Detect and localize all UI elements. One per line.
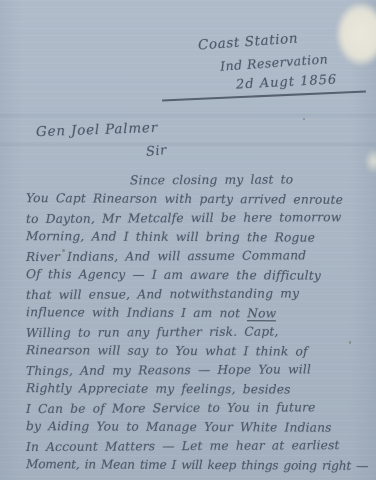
body-line: Willing to run any further risk. Capt, [26,322,370,343]
letter-body: Since closing my last to You Capt Rinear… [26,171,370,475]
paper-stain [336,2,376,66]
salutation-greeting: Sir [145,143,167,160]
ink-speck [303,118,305,120]
body-line: influence with Indians I am not Now [26,303,370,324]
body-line: Things, And my Reasons — Hope You will [26,360,370,381]
paper-crease [0,143,376,146]
heading-date: 2d Augt 1856 [236,72,338,92]
body-line: Moment, in Mean time I will keep things … [26,455,370,476]
body-line: Rightly Appreciate my feelings, besides [26,379,370,400]
heading-reservation: Ind Reservation [220,51,329,74]
underlined-word: Now [247,306,276,321]
body-line: You Capt Rinearson with party arrived en… [26,189,370,210]
body-line: River Indians, And will assume Command [26,246,370,267]
body-line: by Aiding You to Manage Your White India… [26,417,370,438]
body-line: Rinearson will say to You what I think o… [26,341,370,362]
heading-place: Coast Station [198,31,299,54]
body-line: that will ensue, And notwithstanding my [26,284,370,305]
body-line: Since closing my last to [26,170,370,191]
body-line: In Account Matters — Let me hear at earl… [26,436,370,457]
paper-crease [0,114,376,117]
body-line: I Can be of More Service to You in futur… [26,398,370,419]
salutation-recipient: Gen Joel Palmer [36,120,158,140]
body-line-text: influence with Indians I am not [26,305,247,320]
letter-page: Coast Station Ind Reservation 2d Augt 18… [0,0,376,480]
body-line: to Dayton, Mr Metcalfe will be here tomo… [26,208,370,229]
date-underline [162,91,366,102]
body-line: Morning, And I think will bring the Rogu… [26,227,370,248]
body-line: Of this Agency — I am aware the difficul… [26,265,370,286]
